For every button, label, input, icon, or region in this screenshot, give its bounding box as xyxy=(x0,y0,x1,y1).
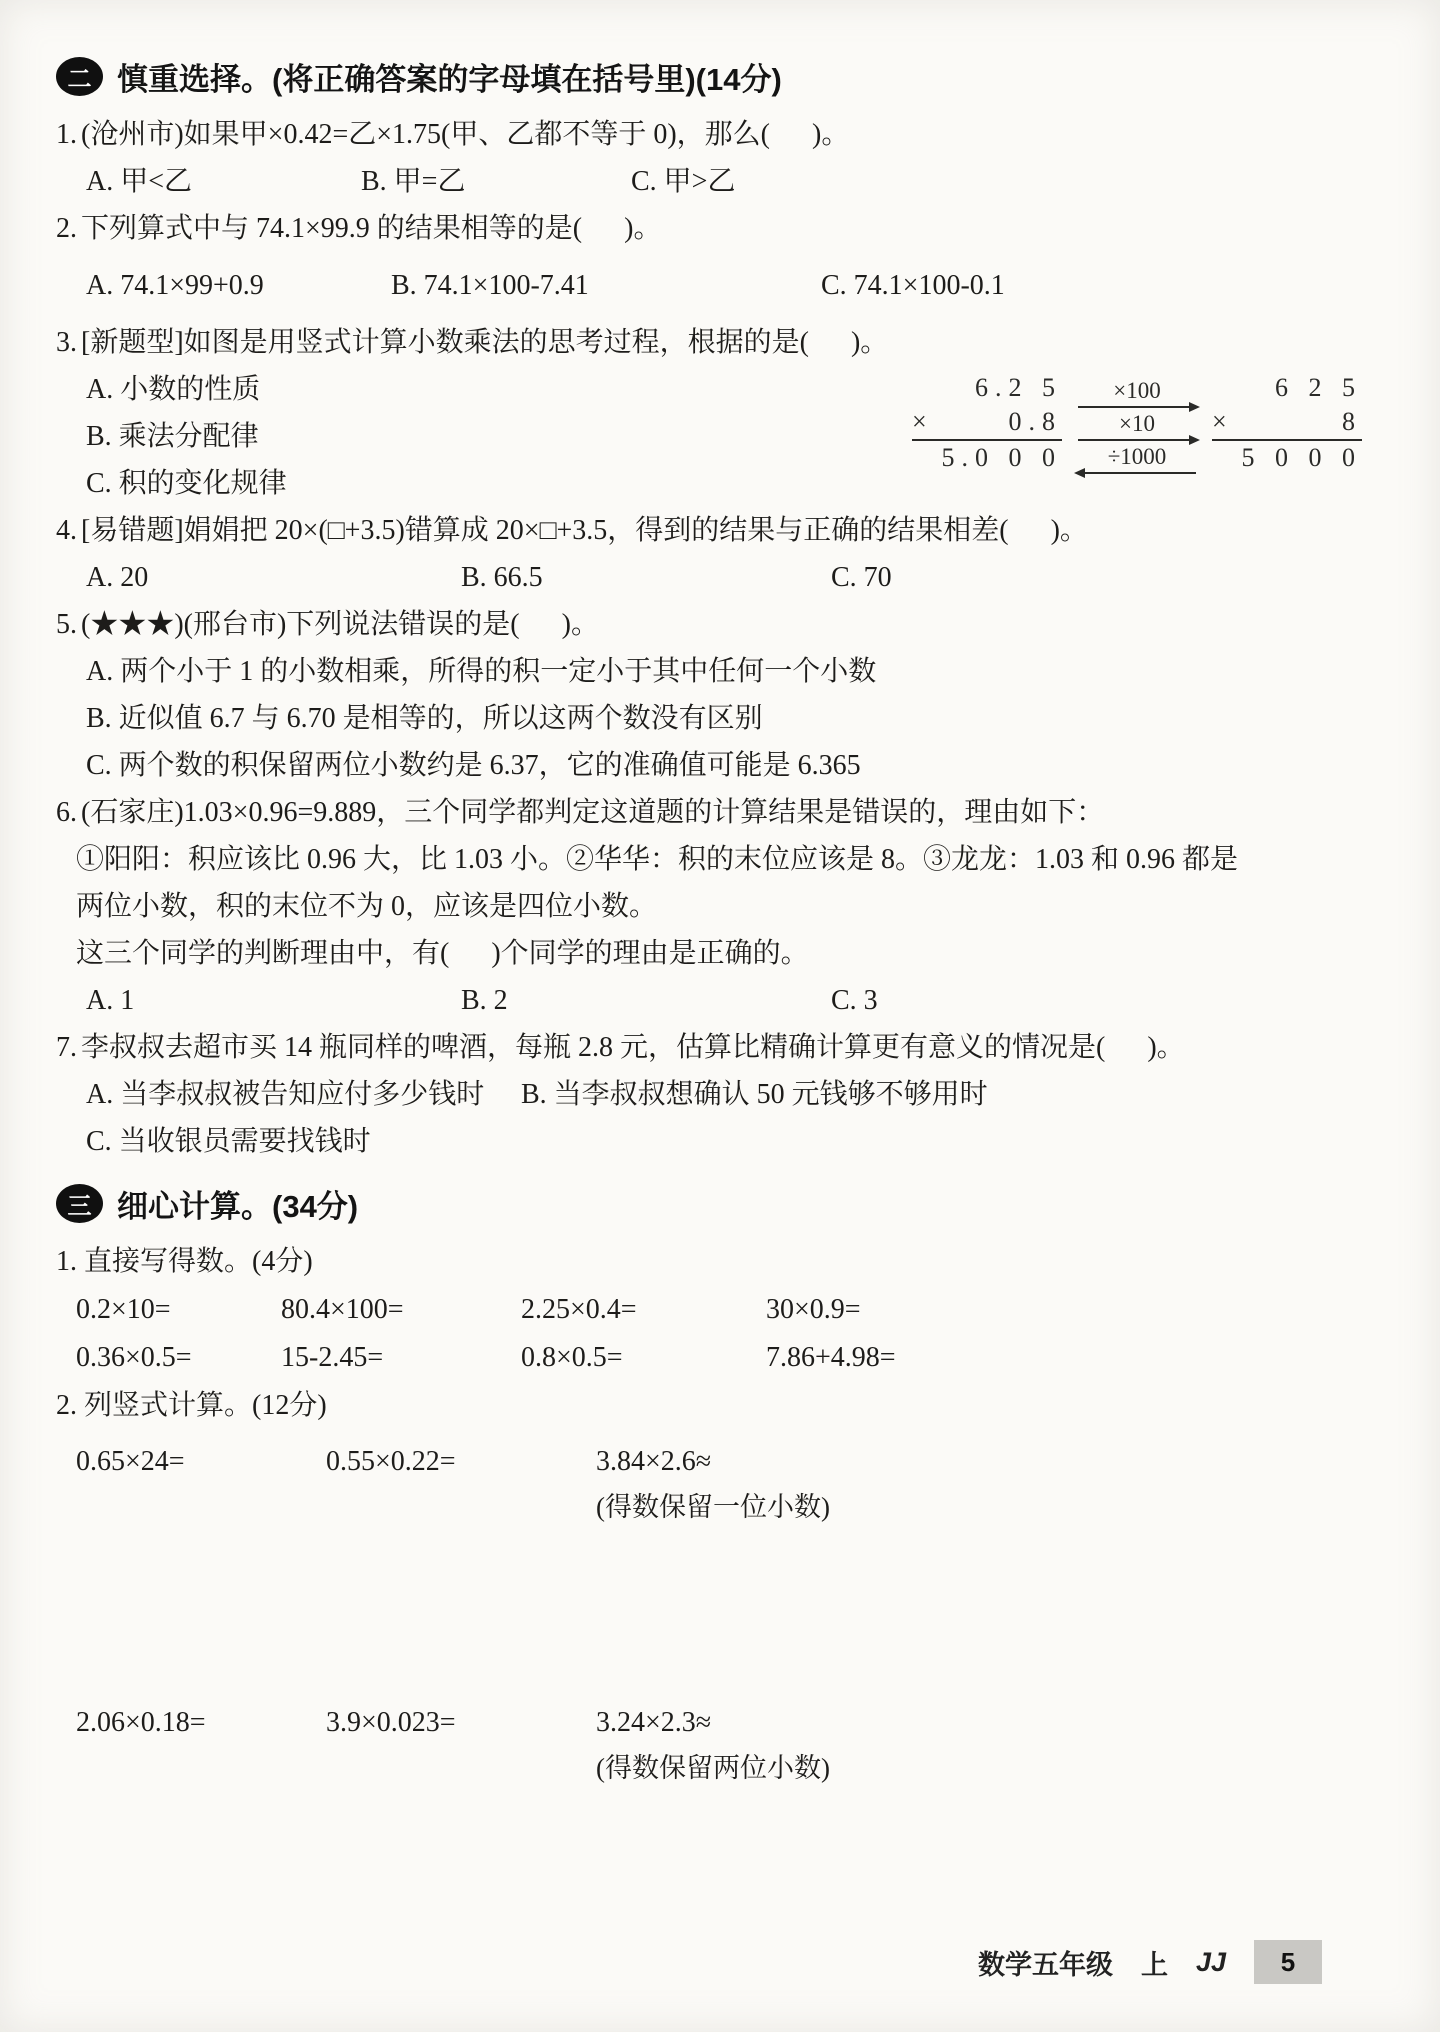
vertical-multiplication-diagram: 6.2 5 × 0.8 5.0 0 0 ×100 ×10 ÷1000 xyxy=(912,371,1362,475)
worksheet-page: 二 慎重选择。(将正确答案的字母填在括号里)(14分) 1. (沧州市)如果甲×… xyxy=(0,0,1440,2032)
decimal-multiplication-column: 6.2 5 × 0.8 5.0 0 0 xyxy=(912,371,1062,475)
question-1-options: A. 甲<乙 B. 甲=乙 C. 甲>乙 xyxy=(86,158,1372,205)
question-6-reasons-line-1: ①阳阳：积应该比 0.96 大，比 1.03 小。②华华：积的末位应该是 8。③… xyxy=(76,836,1372,883)
option-c: C. 当收银员需要找钱时 xyxy=(86,1118,1372,1165)
question-number: 2. xyxy=(56,205,77,252)
question-1: 1. (沧州市)如果甲×0.42=乙×1.75(甲、乙都不等于 0)，那么( )… xyxy=(56,111,1372,205)
option-b: B. 近似值 6.7 与 6.70 是相等的，所以这两个数没有区别 xyxy=(86,695,1372,742)
calc-problem: 80.4×100= xyxy=(281,1286,521,1334)
multiplier-row: × 0.8 xyxy=(912,405,1062,439)
question-text: (沧州市)如果甲×0.42=乙×1.75(甲、乙都不等于 0)，那么( )。 xyxy=(81,111,849,158)
times-10-arrow-icon: ×10 xyxy=(1078,410,1196,441)
question-text: [易错题]娟娟把 20×(□+3.5)错算成 20×□+3.5，得到的结果与正确… xyxy=(81,507,1088,554)
multiply-icon: × xyxy=(1212,405,1234,439)
question-text: (★★★)(邢台市)下列说法错误的是( )。 xyxy=(81,601,599,648)
conversion-arrows: ×100 ×10 ÷1000 xyxy=(1078,377,1196,474)
column-calc-row-2: 2.06×0.18= 3.9×0.023= 3.24×2.3≈ (得数保留两位小… xyxy=(76,1699,1372,1790)
option-c: C. 3 xyxy=(831,977,1372,1024)
calc-problem: 0.2×10= xyxy=(76,1286,281,1334)
option-c: C. 70 xyxy=(831,554,1372,601)
calc-problem-with-note: 3.84×2.6≈ (得数保留一位小数) xyxy=(596,1438,1372,1529)
footer-book-title: 数学五年级 xyxy=(978,1943,1113,1982)
calc-problem: 0.36×0.5= xyxy=(76,1334,281,1382)
option-b: B. 当李叔叔想确认 50 元钱够不够用时 xyxy=(521,1071,1372,1118)
arrow-label: ÷1000 xyxy=(1108,444,1167,469)
question-number: 6. xyxy=(56,789,77,836)
question-4-stem: 4. [易错题]娟娟把 20×(□+3.5)错算成 20×□+3.5，得到的结果… xyxy=(56,507,1372,554)
option-c: C. 甲>乙 xyxy=(631,158,1372,205)
question-4-options: A. 20 B. 66.5 C. 70 xyxy=(86,554,1372,601)
question-text: 下列算式中与 74.1×99.9 的结果相等的是( )。 xyxy=(81,205,661,252)
footer-volume: 上 xyxy=(1141,1943,1168,1982)
question-1-stem: 1. (沧州市)如果甲×0.42=乙×1.75(甲、乙都不等于 0)，那么( )… xyxy=(56,111,1372,158)
page-number-badge: 5 xyxy=(1254,1940,1322,1984)
calc-part2-title: 2. 列竖式计算。(12分) xyxy=(56,1382,1372,1430)
question-number: 5. xyxy=(56,601,77,648)
multiplier: 0.8 xyxy=(1009,405,1063,439)
rounding-note: (得数保留一位小数) xyxy=(596,1485,1372,1529)
question-6-prompt: 这三个同学的判断理由中，有( )个同学的理由是正确的。 xyxy=(76,930,1372,977)
question-6: 6. (石家庄)1.03×0.96=9.889，三个同学都判定这道题的计算结果是… xyxy=(56,789,1372,1024)
question-text: [新题型]如图是用竖式计算小数乘法的思考过程，根据的是( )。 xyxy=(81,319,888,366)
calc-problem: 30×0.9= xyxy=(766,1286,1372,1334)
option-a: A. 当李叔叔被告知应付多少钱时 xyxy=(86,1071,521,1118)
product: 5.0 0 0 xyxy=(912,439,1062,475)
calc-problem: 0.8×0.5= xyxy=(521,1334,766,1382)
calc-problem: 7.86+4.98= xyxy=(766,1334,1372,1382)
question-2-stem: 2. 下列算式中与 74.1×99.9 的结果相等的是( )。 xyxy=(56,205,1372,252)
option-a: A. 两个小于 1 的小数相乘，所得的积一定小于其中任何一个小数 xyxy=(86,648,1372,695)
calc-problem: 2.25×0.4= xyxy=(521,1286,766,1334)
question-7: 7. 李叔叔去超市买 14 瓶同样的啤酒，每瓶 2.8 元，估算比精确计算更有意… xyxy=(56,1024,1372,1165)
question-6-options: A. 1 B. 2 C. 3 xyxy=(86,977,1372,1024)
question-number: 3. xyxy=(56,319,77,366)
question-5: 5. (★★★)(邢台市)下列说法错误的是( )。 A. 两个小于 1 的小数相… xyxy=(56,601,1372,789)
question-text: (石家庄)1.03×0.96=9.889，三个同学都判定这道题的计算结果是错误的… xyxy=(81,789,1104,836)
arrow-label: ×100 xyxy=(1113,378,1160,403)
question-5-stem: 5. (★★★)(邢台市)下列说法错误的是( )。 xyxy=(56,601,1372,648)
question-6-stem: 6. (石家庄)1.03×0.96=9.889，三个同学都判定这道题的计算结果是… xyxy=(56,789,1372,836)
section-calc-header: 三 细心计算。(34分) xyxy=(56,1181,1372,1226)
multiplicand: 6.2 5 xyxy=(912,371,1062,405)
section-choice-marker-icon: 二 xyxy=(56,57,103,96)
calc-part1-title: 1. 直接写得数。(4分) xyxy=(56,1238,1372,1286)
question-7-options-row: A. 当李叔叔被告知应付多少钱时 B. 当李叔叔想确认 50 元钱够不够用时 xyxy=(86,1071,1372,1118)
section-calc-title: 细心计算。(34分) xyxy=(117,1181,358,1226)
option-b: B. 甲=乙 xyxy=(361,158,631,205)
calc-problem: 0.55×0.22= xyxy=(326,1438,596,1529)
question-5-options: A. 两个小于 1 的小数相乘，所得的积一定小于其中任何一个小数 B. 近似值 … xyxy=(56,648,1372,789)
footer-edition: JJ xyxy=(1196,1947,1226,1978)
option-a: A. 1 xyxy=(86,977,461,1024)
option-c: C. 两个数的积保留两位小数约是 6.37，它的准确值可能是 6.365 xyxy=(86,742,1372,789)
question-6-reasons-line-2: 两位小数，积的末位不为 0，应该是四位小数。 xyxy=(76,883,1372,930)
multiplier: 8 xyxy=(1342,405,1362,439)
option-a: A. 20 xyxy=(86,554,461,601)
question-7-option-c-row: C. 当收银员需要找钱时 xyxy=(56,1118,1372,1165)
section-choice-title: 慎重选择。(将正确答案的字母填在括号里)(14分) xyxy=(117,54,782,99)
question-number: 4. xyxy=(56,507,77,554)
option-b: B. 74.1×100-7.41 xyxy=(391,262,821,309)
question-7-stem: 7. 李叔叔去超市买 14 瓶同样的啤酒，每瓶 2.8 元，估算比精确计算更有意… xyxy=(56,1024,1372,1071)
multiplicand: 6 2 5 xyxy=(1212,371,1362,405)
question-2-options: A. 74.1×99+0.9 B. 74.1×100-7.41 C. 74.1×… xyxy=(86,262,1372,309)
question-4: 4. [易错题]娟娟把 20×(□+3.5)错算成 20×□+3.5，得到的结果… xyxy=(56,507,1372,601)
calc-problem: 3.84×2.6≈ xyxy=(596,1446,711,1477)
mental-calc-row-2: 0.36×0.5= 15-2.45= 0.8×0.5= 7.86+4.98= xyxy=(76,1334,1372,1382)
calc-problem: 3.9×0.023= xyxy=(326,1699,596,1790)
integer-multiplication-column: 6 2 5 × 8 5 0 0 0 xyxy=(1212,371,1362,475)
question-number: 7. xyxy=(56,1024,77,1071)
question-text: 李叔叔去超市买 14 瓶同样的啤酒，每瓶 2.8 元，估算比精确计算更有意义的情… xyxy=(81,1024,1185,1071)
option-a: A. 甲<乙 xyxy=(86,158,361,205)
mental-calc-row-1: 0.2×10= 80.4×100= 2.25×0.4= 30×0.9= xyxy=(76,1286,1372,1334)
times-100-arrow-icon: ×100 xyxy=(1078,377,1196,408)
rounding-note: (得数保留两位小数) xyxy=(596,1746,1372,1790)
question-3-stem: 3. [新题型]如图是用竖式计算小数乘法的思考过程，根据的是( )。 xyxy=(56,319,1372,366)
calc-problem: 3.24×2.3≈ xyxy=(596,1707,711,1738)
question-number: 1. xyxy=(56,111,77,158)
section-choice-header: 二 慎重选择。(将正确答案的字母填在括号里)(14分) xyxy=(56,54,1372,99)
page-footer: 数学五年级 上 JJ 5 xyxy=(978,1940,1322,1984)
product: 5 0 0 0 xyxy=(1212,439,1362,475)
option-a: A. 74.1×99+0.9 xyxy=(86,262,391,309)
calc-problem: 2.06×0.18= xyxy=(76,1699,326,1790)
option-c: C. 74.1×100-0.1 xyxy=(821,262,1372,309)
arrow-label: ×10 xyxy=(1119,411,1155,436)
working-space xyxy=(56,1529,1372,1691)
calc-problem: 0.65×24= xyxy=(76,1438,326,1529)
section-calc-marker-icon: 三 xyxy=(56,1184,103,1223)
question-3: 3. [新题型]如图是用竖式计算小数乘法的思考过程，根据的是( )。 A. 小数… xyxy=(56,319,1372,507)
calc-problem-with-note: 3.24×2.3≈ (得数保留两位小数) xyxy=(596,1699,1372,1790)
multiplier-row: × 8 xyxy=(1212,405,1362,439)
divide-1000-arrow-icon: ÷1000 xyxy=(1078,443,1196,474)
column-calc-row-1: 0.65×24= 0.55×0.22= 3.84×2.6≈ (得数保留一位小数) xyxy=(76,1438,1372,1529)
calc-problem: 15-2.45= xyxy=(281,1334,521,1382)
option-b: B. 66.5 xyxy=(461,554,831,601)
option-b: B. 2 xyxy=(461,977,831,1024)
multiply-icon: × xyxy=(912,405,934,439)
question-2: 2. 下列算式中与 74.1×99.9 的结果相等的是( )。 A. 74.1×… xyxy=(56,205,1372,309)
